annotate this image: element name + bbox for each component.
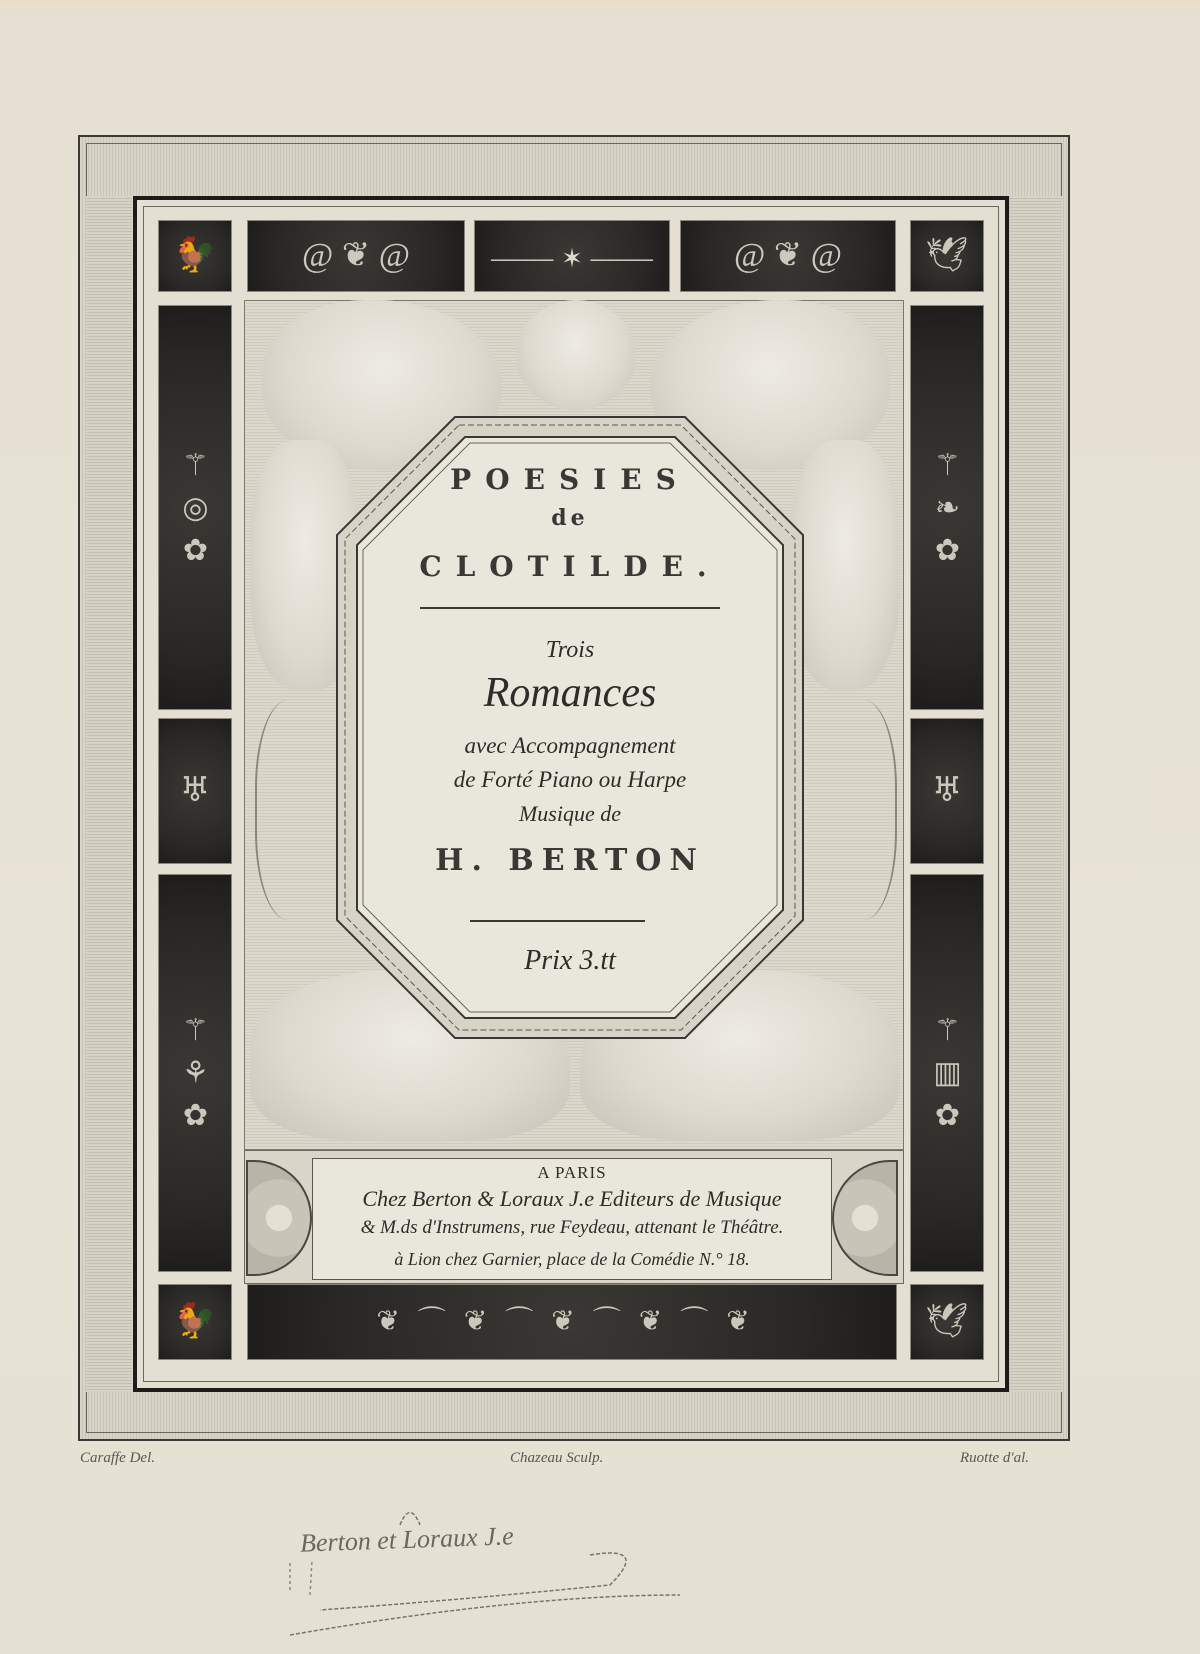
corner-panel-bottom-left: 🐓 xyxy=(158,1284,232,1360)
price-rule xyxy=(470,920,645,922)
title-line-de: de xyxy=(335,505,805,531)
side-panel-left-3: ⚚ ⚘ ✿ xyxy=(158,874,232,1272)
rooster-icon: 🐓 xyxy=(174,239,216,273)
floral-stem-left xyxy=(255,700,337,920)
scroll-palmette-icon: @ ❦ @ xyxy=(302,239,410,273)
sun-face-medallion xyxy=(516,300,636,410)
ornamental-rule xyxy=(420,607,720,609)
title-block: POESIES de CLOTILDE. Trois Romances avec… xyxy=(335,415,805,1040)
garland-palmette-icon: ❦⌒❦⌒❦⌒❦⌒❦ xyxy=(376,1308,767,1336)
subtitle-instruments: de Forté Piano ou Harpe xyxy=(335,767,805,793)
imprint-line-2: & M.ds d'Instrumens, rue Feydeau, attena… xyxy=(313,1217,831,1239)
floral-stem-right xyxy=(815,700,897,920)
credit-draughtsman: Caraffe Del. xyxy=(80,1450,155,1467)
publisher-imprint: A PARIS Chez Berton & Loraux J.e Editeur… xyxy=(312,1158,832,1280)
subtitle-romances: Romances xyxy=(335,669,805,717)
side-panel-left-1: ⚚ ◎ ✿ xyxy=(158,305,232,710)
price-label: Prix 3.tt xyxy=(335,945,805,977)
subtitle-trois: Trois xyxy=(335,637,805,664)
imprint-city: A PARIS xyxy=(313,1163,831,1183)
credit-letter-engraver: Ruotte d'al. xyxy=(960,1450,1029,1467)
right-hatched-border xyxy=(1010,196,1062,1392)
genius-leg-right xyxy=(790,440,900,690)
frieze-panel-top-2: ⸻ ✶ ⸻ xyxy=(474,220,670,292)
composer-name: H. BERTON xyxy=(335,843,805,878)
corner-panel-top-left: 🐓 xyxy=(158,220,232,292)
side-panel-right-2: ♅ xyxy=(910,718,984,864)
left-hatched-border xyxy=(86,196,132,1392)
corner-panel-top-right: 🕊 xyxy=(910,220,984,292)
frieze-panel-bottom: ❦⌒❦⌒❦⌒❦⌒❦ xyxy=(247,1284,897,1360)
dove-icon: 🕊 xyxy=(925,239,968,273)
lyre-icon: ♅ xyxy=(180,774,210,808)
panpipe-icon: ⚚ ▥ ✿ xyxy=(932,1013,962,1133)
signature-flourish xyxy=(260,1500,680,1640)
rooster-icon: 🐓 xyxy=(174,1305,216,1339)
side-panel-right-1: ⚚ ❧ ✿ xyxy=(910,305,984,710)
imprint-line-1: Chez Berton & Loraux J.e Editeurs de Mus… xyxy=(313,1186,831,1212)
credit-engraver: Chazeau Sculp. xyxy=(510,1450,603,1467)
dove-icon: 🕊 xyxy=(925,1305,968,1339)
scanned-page: 🐓 @ ❦ @ ⸻ ✶ ⸻ @ ❦ @ 🕊 ⚚ ◎ ✿ ♅ ⚚ ⚘ ✿ ⚚ ❧ … xyxy=(0,0,1200,1654)
torch-icon: ⚚ ⚘ ✿ xyxy=(180,1013,210,1133)
palm-branch-icon: ⸻ ✶ ⸻ xyxy=(490,238,655,275)
imprint-line-3: à Lion chez Garnier, place de la Comédie… xyxy=(313,1249,831,1270)
corner-panel-bottom-right: 🕊 xyxy=(910,1284,984,1360)
lyre-icon: ♅ xyxy=(932,774,962,808)
title-line-poesies: POESIES xyxy=(335,463,805,496)
scroll-palmette-icon: @ ❦ @ xyxy=(734,239,842,273)
side-panel-right-3: ⚚ ▥ ✿ xyxy=(910,874,984,1272)
side-panel-left-2: ♅ xyxy=(158,718,232,864)
frieze-panel-top-1: @ ❦ @ xyxy=(247,220,465,292)
torch-icon: ⚚ ❧ ✿ xyxy=(932,448,962,568)
title-line-clotilde: CLOTILDE. xyxy=(335,550,805,583)
torch-icon: ⚚ ◎ ✿ xyxy=(180,448,210,568)
subtitle-accompaniment: avec Accompagnement xyxy=(335,733,805,759)
subtitle-musique-de: Musique de xyxy=(335,801,805,827)
frieze-panel-top-3: @ ❦ @ xyxy=(680,220,896,292)
